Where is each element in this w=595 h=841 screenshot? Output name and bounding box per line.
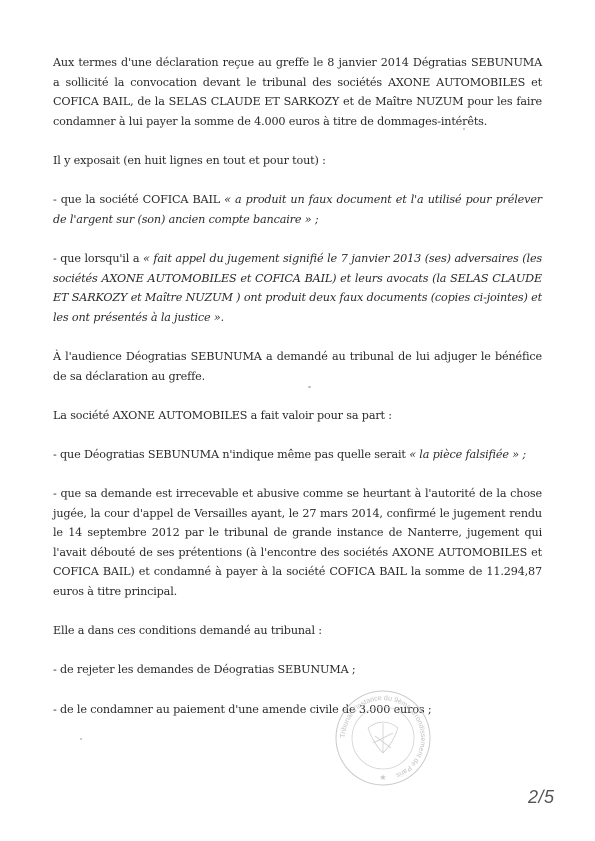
text-run: - que lorsqu'il a [53,252,143,265]
paragraph: - que lorsqu'il a « fait appel du jugeme… [53,249,542,327]
text-run: Elle a dans ces conditions demandé au tr… [53,624,322,637]
text-run: - que Déogratias SEBUNUMA n'indique même… [53,448,409,461]
paragraph: - que Déogratias SEBUNUMA n'indique même… [53,445,542,465]
page-number: 2/5 [528,787,555,808]
text-run: - que sa demande est irrecevable et abus… [53,487,542,598]
text-run: Il y exposait (en huit lignes en tout et… [53,154,326,167]
paragraph: - que la société COFICA BAIL « a produit… [53,190,542,229]
svg-text:★: ★ [379,773,386,782]
text-run: - que la société COFICA BAIL [53,193,224,206]
text-run: À l'audience Déogratias SEBUNUMA a deman… [53,350,542,383]
quoted-text: « la pièce falsifiée » ; [409,448,526,461]
paragraph: À l'audience Déogratias SEBUNUMA a deman… [53,347,542,386]
paragraph: - de rejeter les demandes de Déogratias … [53,660,542,680]
document-body: Aux termes d'une déclaration reçue au gr… [53,53,542,739]
text-run: Aux termes d'une déclaration reçue au gr… [53,56,542,128]
text-run: La société AXONE AUTOMOBILES a fait valo… [53,409,392,422]
paragraph: Elle a dans ces conditions demandé au tr… [53,621,542,641]
text-run: - de rejeter les demandes de Déogratias … [53,663,356,676]
paragraph: - de le condamner au paiement d'une amen… [53,700,542,720]
paragraph: La société AXONE AUTOMOBILES a fait valo… [53,406,542,426]
paragraph: Il y exposait (en huit lignes en tout et… [53,151,542,171]
text-run: - de le condamner au paiement d'une amen… [53,703,432,716]
paragraph: - que sa demande est irrecevable et abus… [53,484,542,602]
paragraph: Aux termes d'une déclaration reçue au gr… [53,53,542,131]
